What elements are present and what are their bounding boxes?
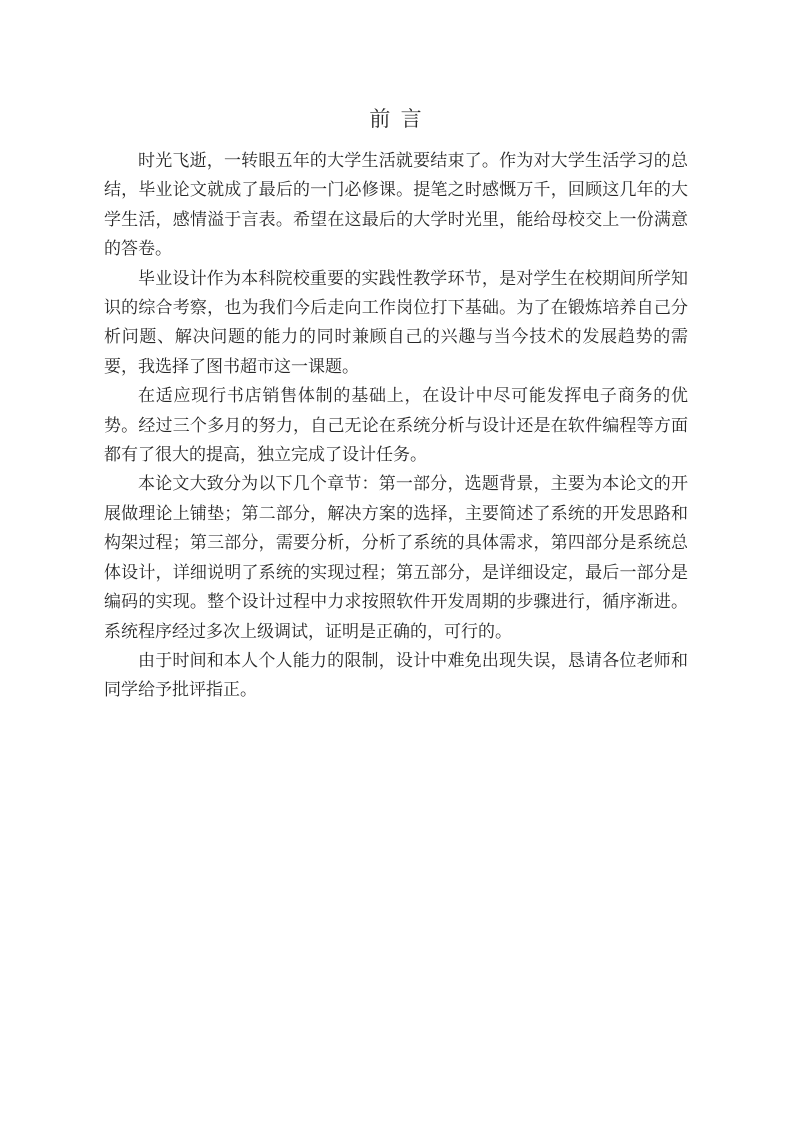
paragraph: 在适应现行书店销售体制的基础上，在设计中尽可能发挥电子商务的优势。经过三个多月的… [104,381,688,469]
paragraph: 时光飞逝，一转眼五年的大学生活就要结束了。作为对大学生活学习的总结，毕业论文就成… [104,146,688,264]
document-body: 时光飞逝，一转眼五年的大学生活就要结束了。作为对大学生活学习的总结，毕业论文就成… [104,146,688,705]
document-page: 前 言 时光飞逝，一转眼五年的大学生活就要结束了。作为对大学生活学习的总结，毕业… [0,0,793,1122]
paragraph: 毕业设计作为本科院校重要的实践性教学环节，是对学生在校期间所学知识的综合考察，也… [104,264,688,382]
paragraph: 本论文大致分为以下几个章节：第一部分，选题背景，主要为本论文的开展做理论上铺垫；… [104,469,688,645]
page-title: 前 言 [104,106,688,133]
paragraph: 由于时间和本人个人能力的限制，设计中难免出现失误，恳请各位老师和同学给予批评指正… [104,646,688,705]
